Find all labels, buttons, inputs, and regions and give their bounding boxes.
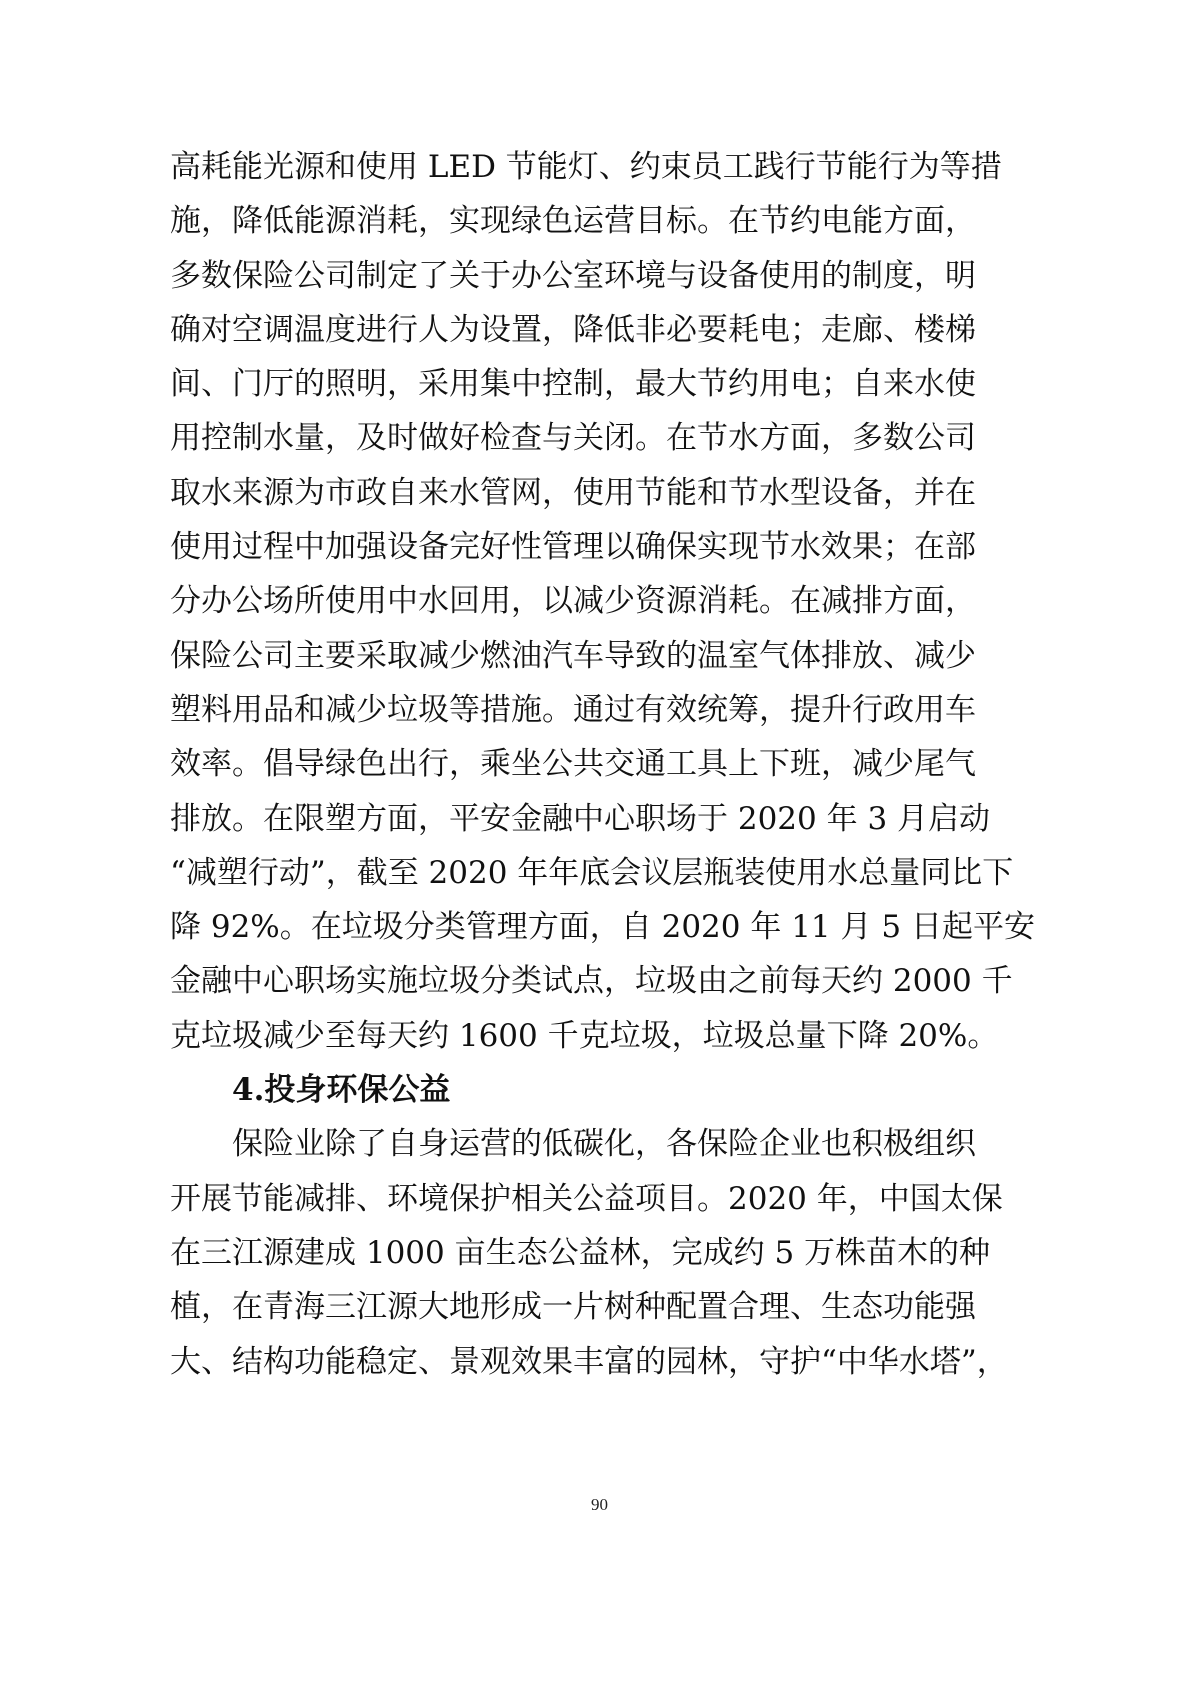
text-line: 克垃圾减少至每天约 1600 千克垃圾，垃圾总量下降 20%。 xyxy=(170,1009,942,1063)
text-line: 效率。倡导绿色出行，乘坐公共交通工具上下班，减少尾气 xyxy=(170,737,942,791)
page-number: 90 xyxy=(0,1495,1199,1515)
section-heading: 4.投身环保公益 xyxy=(170,1063,942,1117)
text-line: 保险公司主要采取减少燃油汽车导致的温室气体排放、减少 xyxy=(170,629,942,683)
document-page: 高耗能光源和使用 LED 节能灯、约束员工践行节能行为等措 施，降低能源消耗，实… xyxy=(0,0,1199,1696)
text-line: 分办公场所使用中水回用，以减少资源消耗。在减排方面， xyxy=(170,574,942,628)
text-line: 塑料用品和减少垃圾等措施。通过有效统筹，提升行政用车 xyxy=(170,683,942,737)
text-line: 间、门厅的照明，采用集中控制，最大节约用电；自来水使 xyxy=(170,357,942,411)
text-line: 取水来源为市政自来水管网，使用节能和节水型设备，并在 xyxy=(170,466,942,520)
paragraph-energy-saving: 高耗能光源和使用 LED 节能灯、约束员工践行节能行为等措 施，降低能源消耗，实… xyxy=(170,140,942,1063)
body-text: 高耗能光源和使用 LED 节能灯、约束员工践行节能行为等措 施，降低能源消耗，实… xyxy=(170,140,942,1389)
text-line: 确对空调温度进行人为设置，降低非必要耗电；走廊、楼梯 xyxy=(170,303,942,357)
text-line: 排放。在限塑方面，平安金融中心职场于 2020 年 3 月启动 xyxy=(170,792,942,846)
text-line: 多数保险公司制定了关于办公室环境与设备使用的制度，明 xyxy=(170,249,942,303)
text-line: 在三江源建成 1000 亩生态公益林，完成约 5 万株苗木的种 xyxy=(170,1226,942,1280)
text-line: 用控制水量，及时做好检查与关闭。在节水方面，多数公司 xyxy=(170,411,942,465)
text-line: “减塑行动”，截至 2020 年年底会议层瓶装使用水总量同比下 xyxy=(170,846,942,900)
text-line: 植，在青海三江源大地形成一片树种配置合理、生态功能强 xyxy=(170,1280,942,1334)
text-line: 保险业除了自身运营的低碳化，各保险企业也积极组织 xyxy=(170,1117,942,1171)
text-line: 金融中心职场实施垃圾分类试点，垃圾由之前每天约 2000 千 xyxy=(170,954,942,1008)
text-line: 降 92%。在垃圾分类管理方面，自 2020 年 11 月 5 日起平安 xyxy=(170,900,942,954)
text-line: 施，降低能源消耗，实现绿色运营目标。在节约电能方面， xyxy=(170,194,942,248)
text-line: 开展节能减排、环境保护相关公益项目。2020 年，中国太保 xyxy=(170,1172,942,1226)
text-line: 使用过程中加强设备完好性管理以确保实现节水效果；在部 xyxy=(170,520,942,574)
paragraph-environmental-charity: 保险业除了自身运营的低碳化，各保险企业也积极组织 开展节能减排、环境保护相关公益… xyxy=(170,1117,942,1388)
text-line: 大、结构功能稳定、景观效果丰富的园林，守护“中华水塔”， xyxy=(170,1335,942,1389)
text-line: 高耗能光源和使用 LED 节能灯、约束员工践行节能行为等措 xyxy=(170,140,942,194)
